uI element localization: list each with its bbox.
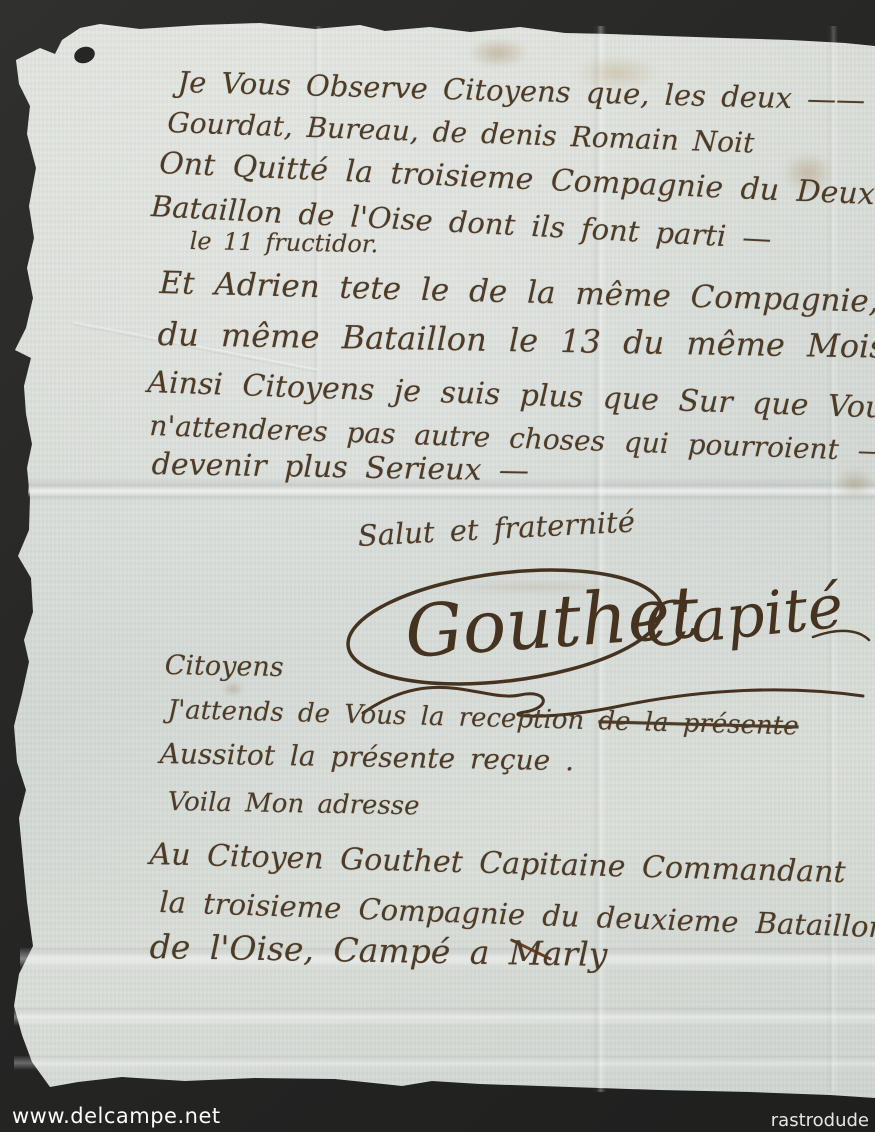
watermark-seller: rastrodude — [771, 1110, 869, 1131]
scanned-letter-photo: Je Vous Observe Citoyens que, les deux —… — [0, 0, 875, 1132]
watermark-delcampe: www.delcampe.net — [12, 1104, 221, 1128]
struck-through-words: de la présente — [598, 706, 799, 741]
letter-line: Voila Mon adresse — [167, 788, 419, 822]
letter-line: le 11 fructidor. — [190, 228, 379, 259]
letter-line: Citoyens — [164, 650, 283, 683]
address-line: de l'Oise, Campé a Marly — [149, 928, 607, 974]
letter-line: devenir plus Serieux — — [151, 448, 529, 489]
